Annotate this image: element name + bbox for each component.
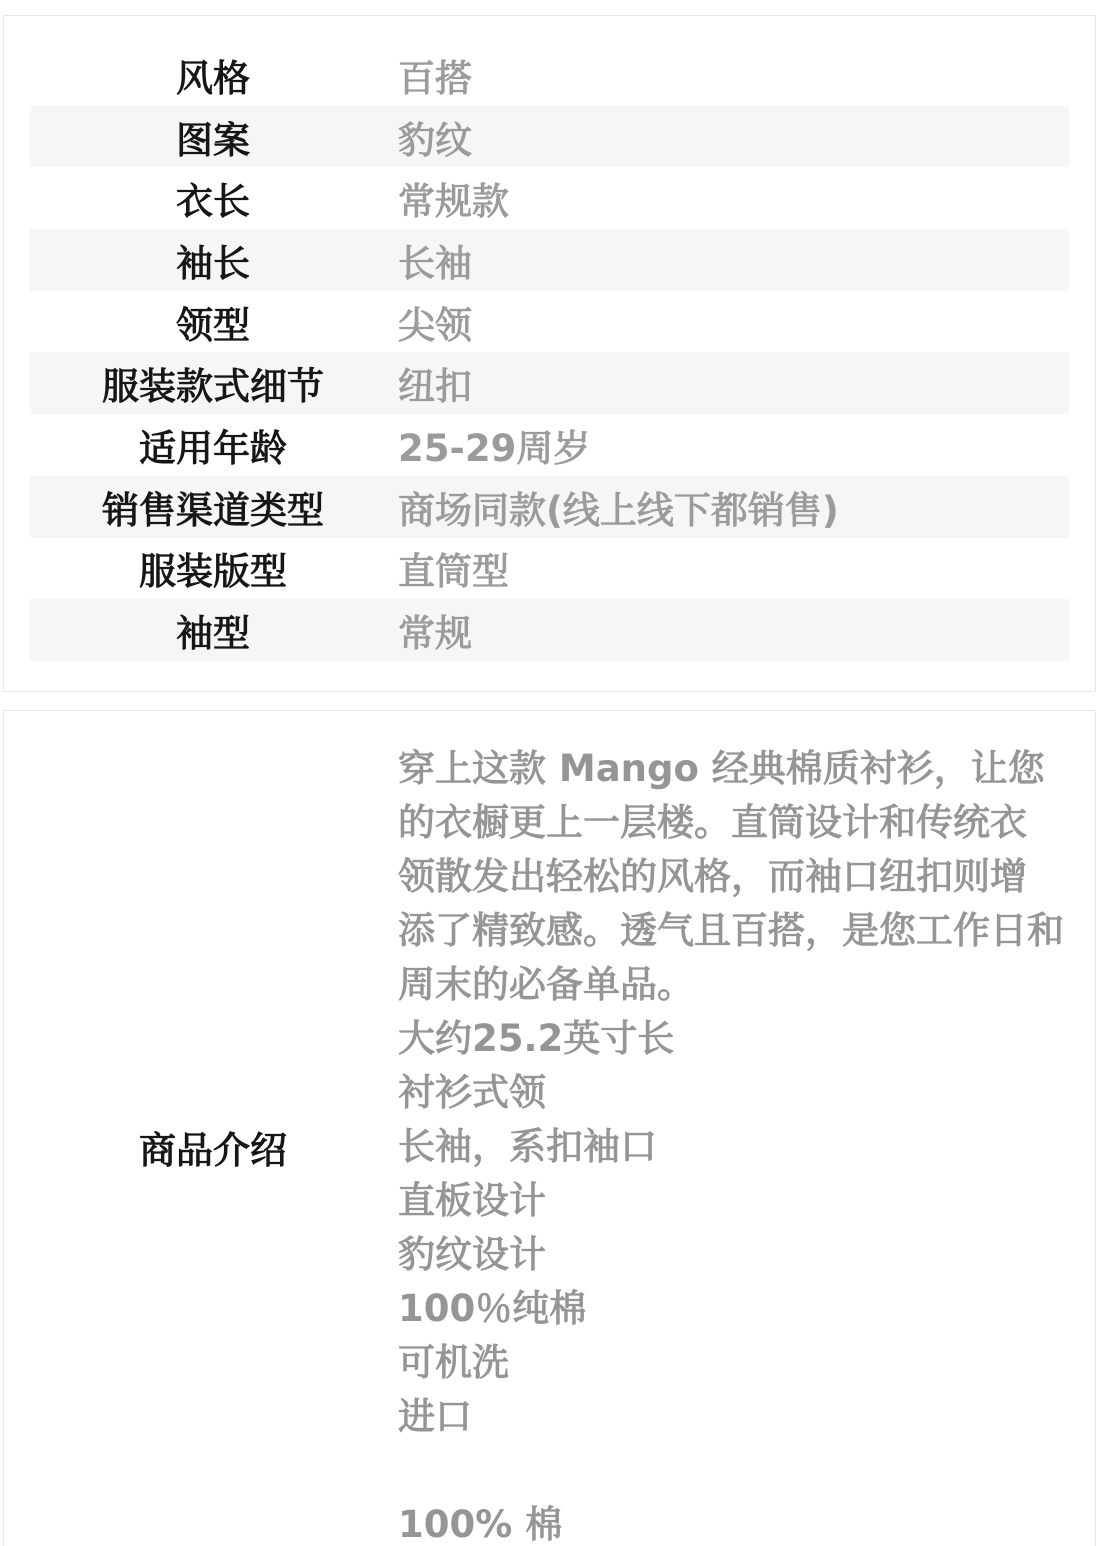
spec-row: 图案 豹纹 [30, 106, 1069, 168]
spec-value: 25-29周岁 [398, 418, 1069, 472]
spec-label: 图案 [30, 110, 396, 164]
spec-value: 直筒型 [398, 541, 1069, 595]
description-line: 衬衫式领 [398, 1066, 1069, 1120]
spec-value: 百搭 [398, 48, 1069, 102]
description-line: 大约25.2英寸长 [398, 1012, 1069, 1066]
spec-row: 服装版型 直筒型 [30, 538, 1069, 600]
description-line: 直板设计 [398, 1174, 1069, 1228]
description-line: 穿上这款 Mango 经典棉质衬衫，让您 [398, 742, 1069, 796]
spec-table: 风格 百搭 图案 豹纹 衣长 常规款 袖长 长袖 领型 尖领 服装款式细节 纽扣… [30, 44, 1069, 661]
spec-value: 纽扣 [398, 356, 1069, 410]
description-line: 添了精致感。透气且百搭，是您工作日和 [398, 904, 1069, 958]
spec-label: 袖长 [30, 233, 396, 287]
spec-label: 衣长 [30, 171, 396, 225]
description-line: 长袖，系扣袖口 [398, 1120, 1069, 1174]
spec-value: 常规 [398, 603, 1069, 657]
description-line: 100％纯棉 [398, 1282, 1069, 1336]
product-intro-row: 商品介绍 穿上这款 Mango 经典棉质衬衫，让您的衣橱更上一层楼。直筒设计和传… [30, 742, 1069, 1546]
description-line: 进口 [398, 1390, 1069, 1444]
spec-label: 风格 [30, 48, 396, 102]
spec-label: 服装款式细节 [30, 356, 396, 410]
product-detail-page: { "theme": { "page_bg": "#ffffff", "card… [0, 0, 1100, 1546]
spec-label: 袖型 [30, 603, 396, 657]
spec-label: 适用年龄 [30, 418, 396, 472]
spec-value: 豹纹 [398, 110, 1069, 164]
product-intro-card: 商品介绍 穿上这款 Mango 经典棉质衬衫，让您的衣橱更上一层楼。直筒设计和传… [3, 710, 1096, 1546]
description-line: 的衣橱更上一层楼。直筒设计和传统衣 [398, 796, 1069, 850]
spec-value: 商场同款(线上线下都销售) [398, 480, 1069, 534]
description-line: 可机洗 [398, 1336, 1069, 1390]
description-line [398, 1444, 1069, 1498]
description-line: 100% 棉 [398, 1498, 1069, 1546]
spec-value: 常规款 [398, 171, 1069, 225]
product-intro-label: 商品介绍 [30, 1120, 396, 1174]
spec-row: 领型 尖领 [30, 291, 1069, 353]
spec-row: 衣长 常规款 [30, 167, 1069, 229]
spec-row: 服装款式细节 纽扣 [30, 352, 1069, 414]
spec-table-card: 风格 百搭 图案 豹纹 衣长 常规款 袖长 长袖 领型 尖领 服装款式细节 纽扣… [3, 15, 1096, 692]
spec-row: 适用年龄 25-29周岁 [30, 414, 1069, 476]
description-line: 周末的必备单品。 [398, 958, 1069, 1012]
description-line: 领散发出轻松的风格，而袖口纽扣则增 [398, 850, 1069, 904]
description-line: 豹纹设计 [398, 1228, 1069, 1282]
spec-row: 销售渠道类型 商场同款(线上线下都销售) [30, 476, 1069, 538]
spec-row: 袖型 常规 [30, 599, 1069, 661]
spec-value: 尖领 [398, 295, 1069, 349]
spec-row: 袖长 长袖 [30, 229, 1069, 291]
spec-label: 服装版型 [30, 541, 396, 595]
spec-value: 长袖 [398, 233, 1069, 287]
spec-row: 风格 百搭 [30, 44, 1069, 106]
spec-label: 销售渠道类型 [30, 480, 396, 534]
spec-label: 领型 [30, 295, 396, 349]
product-intro-text: 穿上这款 Mango 经典棉质衬衫，让您的衣橱更上一层楼。直筒设计和传统衣领散发… [398, 742, 1069, 1546]
